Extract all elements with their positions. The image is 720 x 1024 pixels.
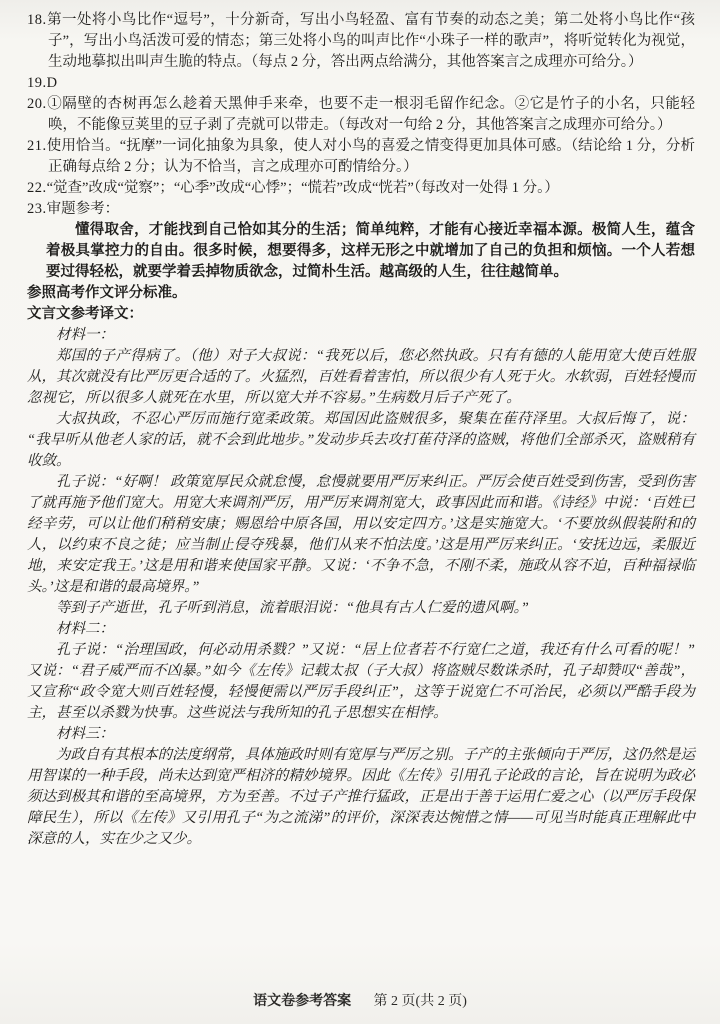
answer-item-18: 18.第一处将小鸟比作“逗号”，十分新奇，写出小鸟轻盈、富有节奏的动态之美；第二… — [27, 10, 695, 73]
translation-section: 材料一： 郑国的子产得病了。（他）对子大叔说：“我死以后，您必然执政。只有有德的… — [27, 325, 695, 850]
answer-item-19: 19.D — [27, 73, 695, 94]
material-1-paragraph: 等到子产逝世，孔子听到消息，流着眼泪说：“他具有古人仁爱的遗风啊。” — [27, 598, 695, 619]
answer-text: 使用恰当。“抚摩”一词化抽象为具象，使人对小鸟的喜爱之情变得更加具体可感。（结论… — [47, 138, 695, 175]
answer-item-20: 20.①隔壁的杏树再怎么趁着天黑伸手来牵，也要不走一根羽毛留作纪念。②它是竹子的… — [27, 94, 695, 136]
material-1-label: 材料一： — [27, 325, 695, 346]
answer-item-21: 21.使用恰当。“抚摩”一词化抽象为具象，使人对小鸟的喜爱之情变得更加具体可感。… — [27, 136, 695, 178]
answer-number: 22. — [27, 180, 47, 196]
answer-number: 23. — [27, 201, 47, 217]
answer-item-23: 23.审题参考： — [27, 199, 695, 220]
answer-number: 18. — [27, 12, 47, 28]
material-1-paragraph: 郑国的子产得病了。（他）对子大叔说：“我死以后，您必然执政。只有有德的人能用宽大… — [27, 346, 695, 409]
answers-section: 18.第一处将小鸟比作“逗号”，十分新奇，写出小鸟轻盈、富有节奏的动态之美；第二… — [27, 10, 695, 220]
answer-number: 19. — [27, 75, 47, 91]
answer-text: 审题参考： — [47, 201, 120, 217]
answer-text: “觉查”改成“觉察”；“心季”改成“心悸”；“慌若”改成“恍若”（每改对一处得 … — [47, 180, 559, 196]
material-3-label: 材料三： — [27, 724, 695, 745]
page-footer: 语文卷参考答案第 2 页(共 2 页) — [0, 990, 720, 1010]
answer-text: D — [47, 75, 57, 91]
essay-grading-note: 参照高考作文评分标准。 — [27, 283, 695, 304]
material-3-paragraph: 为政自有其根本的法度纲常，具体施政时则有宽厚与严厉之别。子产的主张倾向于严厉，这… — [27, 745, 695, 850]
material-2-label: 材料二： — [27, 619, 695, 640]
material-1-paragraph: 孔子说：“好啊！ 政策宽厚民众就怠慢，怠慢就要用严厉来纠正。严厉会使百姓受到伤害… — [27, 472, 695, 598]
footer-page-number: 第 2 页(共 2 页) — [374, 994, 467, 1009]
translation-heading: 文言文参考译文： — [27, 304, 695, 325]
essay-topic-analysis: 懂得取舍，才能找到自己恰如其分的生活；简单纯粹，才能有心接近幸福本源。极简人生，… — [27, 220, 695, 283]
answer-text: ①隔壁的杏树再怎么趁着天黑伸手来牵，也要不走一根羽毛留作纪念。②它是竹子的小名，… — [47, 96, 695, 133]
answer-item-22: 22.“觉查”改成“觉察”；“心季”改成“心悸”；“慌若”改成“恍若”（每改对一… — [27, 178, 695, 199]
answer-number: 20. — [27, 96, 47, 112]
footer-title: 语文卷参考答案 — [253, 994, 351, 1009]
answer-number: 21. — [27, 138, 47, 154]
material-2-paragraph: 孔子说：“治理国政，何必动用杀戮？”又说：“居上位者若不行宽仁之道，我还有什么可… — [27, 640, 695, 724]
document-page: 18.第一处将小鸟比作“逗号”，十分新奇，写出小鸟轻盈、富有节奏的动态之美；第二… — [0, 0, 720, 1024]
answer-text: 第一处将小鸟比作“逗号”，十分新奇，写出小鸟轻盈、富有节奏的动态之美；第二处将小… — [47, 12, 695, 70]
material-1-paragraph: 大叔执政，不忍心严厉而施行宽柔政策。郑国因此盗贼很多，聚集在萑苻泽里。大叔后悔了… — [27, 409, 695, 472]
